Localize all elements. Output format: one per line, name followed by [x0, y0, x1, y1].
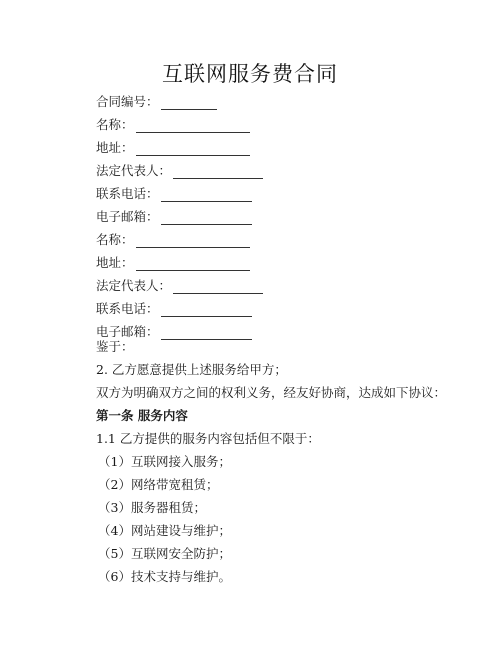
form-field: 合同编号：: [96, 94, 217, 110]
form-field: 联系电话：: [96, 186, 252, 202]
field-blank[interactable]: [173, 282, 263, 294]
form-field: 名称：: [96, 117, 250, 133]
field-label: 电子邮箱：: [96, 209, 159, 225]
form-field: 法定代表人：: [96, 278, 263, 294]
field-blank[interactable]: [161, 213, 252, 225]
field-blank[interactable]: [173, 167, 263, 179]
paragraph-recital: 鉴于：: [96, 339, 134, 355]
document-title: 互联网服务费合同: [0, 58, 500, 88]
paragraph-agreement: 双方为明确双方之间的权利义务，经友好协商，达成如下协议：: [96, 385, 446, 401]
form-field: 地址：: [96, 140, 250, 156]
field-label: 合同编号：: [96, 94, 159, 110]
list-item: （2）网络带宽租赁；: [98, 477, 218, 493]
form-field: 电子邮箱：: [96, 324, 252, 340]
field-blank[interactable]: [136, 121, 250, 133]
field-label: 地址：: [96, 255, 134, 271]
paragraph-provision: 2. 乙方愿意提供上述服务给甲方；: [96, 362, 287, 378]
field-blank[interactable]: [161, 98, 217, 110]
form-field: 电子邮箱：: [96, 209, 252, 225]
field-label: 名称：: [96, 232, 134, 248]
form-field: 名称：: [96, 232, 250, 248]
field-blank[interactable]: [161, 190, 252, 202]
section-heading: 第一条 服务内容: [96, 408, 188, 424]
form-field: 联系电话：: [96, 301, 252, 317]
list-item: （5）互联网安全防护；: [98, 546, 231, 562]
field-blank[interactable]: [136, 236, 250, 248]
list-item: （6）技术支持与维护。: [98, 569, 231, 585]
field-label: 法定代表人：: [96, 163, 171, 179]
list-item: （4）网站建设与维护；: [98, 523, 231, 539]
form-field: 地址：: [96, 255, 250, 271]
field-blank[interactable]: [161, 328, 252, 340]
list-item: （3）服务器租赁；: [98, 500, 206, 516]
field-blank[interactable]: [136, 144, 250, 156]
field-label: 联系电话：: [96, 186, 159, 202]
field-blank[interactable]: [136, 259, 250, 271]
field-label: 电子邮箱：: [96, 324, 159, 340]
form-field: 法定代表人：: [96, 163, 263, 179]
list-item: （1）互联网接入服务；: [98, 454, 231, 470]
field-label: 法定代表人：: [96, 278, 171, 294]
clause-1-1: 1.1 乙方提供的服务内容包括但不限于：: [96, 431, 320, 447]
field-label: 地址：: [96, 140, 134, 156]
field-label: 名称：: [96, 117, 134, 133]
field-blank[interactable]: [161, 305, 252, 317]
field-label: 联系电话：: [96, 301, 159, 317]
